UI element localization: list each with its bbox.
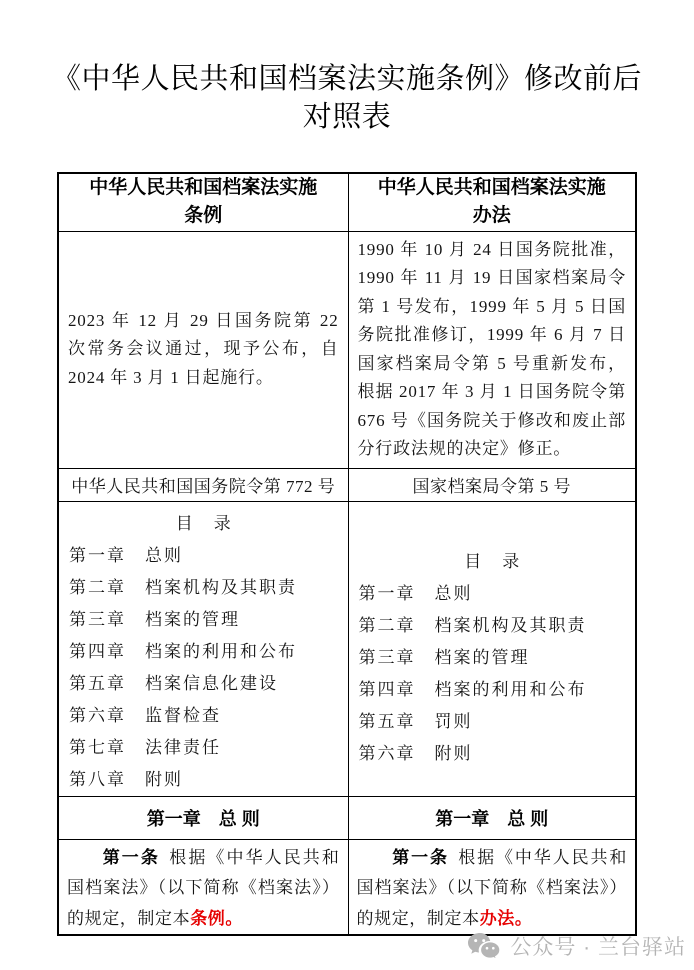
table-header-row: 中华人民共和国档案法实施 条例 中华人民共和国档案法实施 办法 bbox=[58, 173, 636, 231]
header-measures-line2: 办法 bbox=[349, 202, 636, 230]
toc-cell-measures: 目 录 第一章 总则 第二章 档案机构及其职责 第三章 档案的管理 第四章 档案… bbox=[348, 501, 636, 796]
article1-highlight: 办法。 bbox=[480, 909, 533, 928]
chapter1-heading-measures: 第一章 总 则 bbox=[348, 796, 636, 839]
header-regulation-line2: 条例 bbox=[59, 202, 348, 230]
toc-line: 第一章 总则 bbox=[359, 578, 628, 610]
promulgation-text-measures: 1990 年 10 月 24 日国务院批准，1990 年 11 月 19 日国家… bbox=[358, 236, 627, 464]
document-page: 《中华人民共和国档案法实施条例》修改前后 对照表 中华人民共和国档案法实施 条例… bbox=[0, 0, 694, 970]
article1-lead: 第一条 bbox=[392, 848, 449, 867]
header-regulation-line1: 中华人民共和国档案法实施 bbox=[59, 174, 348, 202]
page-title-line1: 《中华人民共和国档案法实施条例》修改前后 bbox=[52, 63, 642, 95]
header-cell-measures: 中华人民共和国档案法实施 办法 bbox=[348, 173, 636, 231]
header-measures-line1: 中华人民共和国档案法实施 bbox=[349, 174, 636, 202]
article1-row: 第一条根据《中华人民共和国档案法》（以下简称《档案法》）的规定，制定本条例。 第… bbox=[58, 839, 636, 935]
toc-title-left: 目 录 bbox=[69, 508, 340, 540]
toc-title-right: 目 录 bbox=[359, 546, 628, 578]
toc-line: 第三章 档案的管理 bbox=[69, 604, 340, 636]
toc-line: 第六章 附则 bbox=[359, 738, 628, 770]
toc-line: 第五章 罚则 bbox=[359, 706, 628, 738]
toc-line: 第六章 监督检查 bbox=[69, 700, 340, 732]
toc-line: 第八章 附则 bbox=[69, 764, 340, 796]
watermark-label: 公众号 · 兰台驿站 bbox=[510, 931, 686, 961]
toc-line: 第二章 档案机构及其职责 bbox=[69, 572, 340, 604]
article1-text-measures: 第一条根据《中华人民共和国档案法》（以下简称《档案法》）的规定，制定本办法。 bbox=[357, 843, 628, 935]
toc-line: 第四章 档案的利用和公布 bbox=[359, 674, 628, 706]
promulgation-row: 2023 年 12 月 29 日国务院第 22 次常务会议通过，现予公布，自 2… bbox=[58, 231, 636, 468]
toc-line: 第四章 档案的利用和公布 bbox=[69, 636, 340, 668]
wechat-icon bbox=[467, 932, 501, 960]
toc-line: 第二章 档案机构及其职责 bbox=[359, 610, 628, 642]
decree-cell-regulation: 中华人民共和国国务院令第 772 号 bbox=[58, 468, 348, 501]
page-title-line2: 对照表 bbox=[303, 101, 392, 133]
toc-cell-regulation: 目 录 第一章 总则 第二章 档案机构及其职责 第三章 档案的管理 第四章 档案… bbox=[58, 501, 348, 796]
toc-row: 目 录 第一章 总则 第二章 档案机构及其职责 第三章 档案的管理 第四章 档案… bbox=[58, 501, 636, 796]
header-cell-regulation: 中华人民共和国档案法实施 条例 bbox=[58, 173, 348, 231]
article1-text-regulation: 第一条根据《中华人民共和国档案法》（以下简称《档案法》）的规定，制定本条例。 bbox=[67, 843, 340, 935]
toc-line: 第一章 总则 bbox=[69, 540, 340, 572]
watermark: 公众号 · 兰台驿站 bbox=[467, 931, 686, 961]
article1-cell-regulation: 第一条根据《中华人民共和国档案法》（以下简称《档案法》）的规定，制定本条例。 bbox=[58, 839, 348, 935]
article1-lead: 第一条 bbox=[103, 848, 160, 867]
promulgation-cell-regulation: 2023 年 12 月 29 日国务院第 22 次常务会议通过，现予公布，自 2… bbox=[58, 231, 348, 468]
article1-cell-measures: 第一条根据《中华人民共和国档案法》（以下简称《档案法》）的规定，制定本办法。 bbox=[348, 839, 636, 935]
toc-line: 第五章 档案信息化建设 bbox=[69, 668, 340, 700]
decree-row: 中华人民共和国国务院令第 772 号 国家档案局令第 5 号 bbox=[58, 468, 636, 501]
page-title: 《中华人民共和国档案法实施条例》修改前后 对照表 bbox=[0, 60, 694, 136]
chapter1-heading-row: 第一章 总 则 第一章 总 则 bbox=[58, 796, 636, 839]
toc-line: 第三章 档案的管理 bbox=[359, 642, 628, 674]
decree-cell-measures: 国家档案局令第 5 号 bbox=[348, 468, 636, 501]
chapter1-heading-regulation: 第一章 总 则 bbox=[58, 796, 348, 839]
article1-highlight: 条例。 bbox=[190, 909, 243, 928]
comparison-table: 中华人民共和国档案法实施 条例 中华人民共和国档案法实施 办法 2023 年 1… bbox=[57, 172, 637, 936]
promulgation-text-regulation: 2023 年 12 月 29 日国务院第 22 次常务会议通过，现予公布，自 2… bbox=[68, 307, 339, 393]
promulgation-cell-measures: 1990 年 10 月 24 日国务院批准，1990 年 11 月 19 日国家… bbox=[348, 231, 636, 468]
toc-line: 第七章 法律责任 bbox=[69, 732, 340, 764]
